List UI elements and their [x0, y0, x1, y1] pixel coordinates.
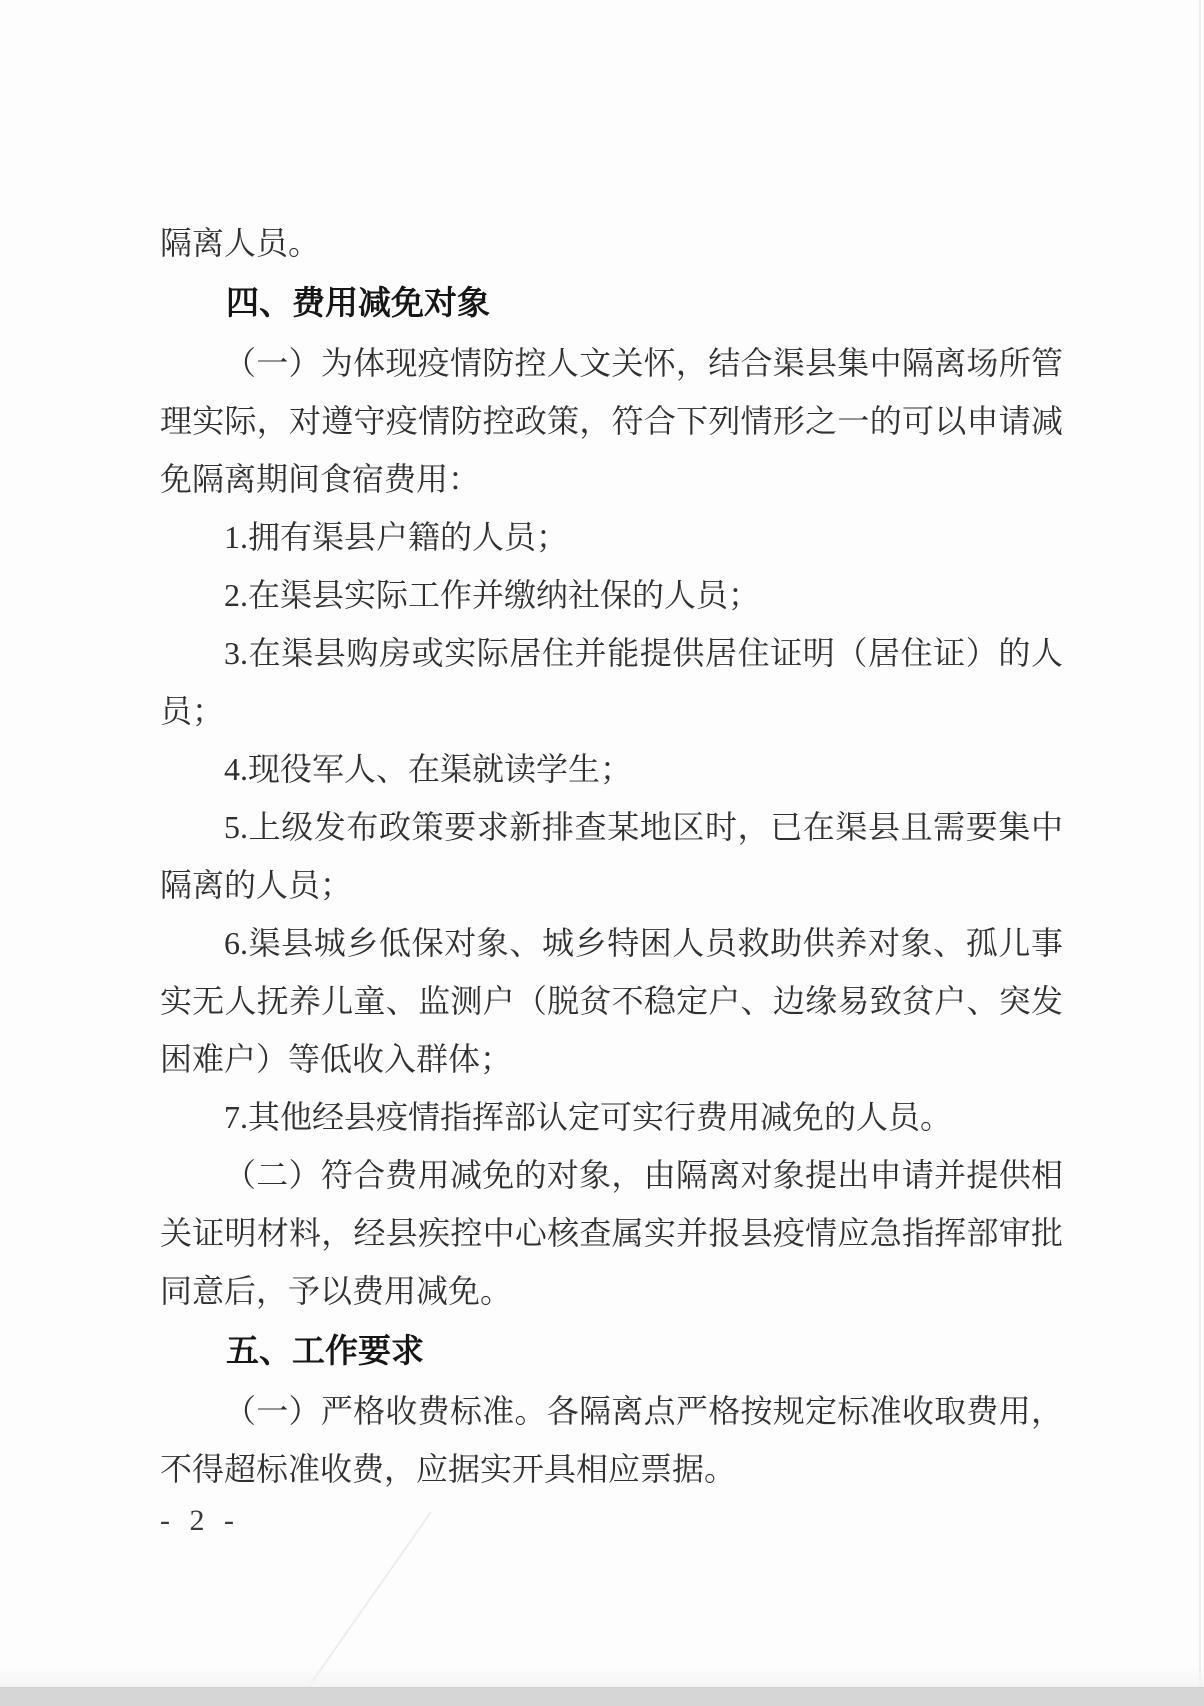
section-heading-fee-exemption-targets: 四、费用减免对象	[160, 274, 1063, 332]
document-body: 隔离人员。 四、费用减免对象 （一）为体现疫情防控人文关怀，结合渠县集中隔离场所…	[160, 214, 1063, 1544]
paragraph: （二）符合费用减免的对象，由隔离对象提出申请并提供相关证明材料，经县疾控中心核查…	[160, 1146, 1063, 1320]
page-number: - 2 -	[160, 1498, 1063, 1544]
list-item: 6.渠县城乡低保对象、城乡特困人员救助供养对象、孤儿事实无人抚养儿童、监测户（脱…	[160, 914, 1063, 1088]
paragraph: （一）为体现疫情防控人文关怀，结合渠县集中隔离场所管理实际，对遵守疫情防控政策，…	[160, 334, 1063, 508]
section-heading-work-requirements: 五、工作要求	[160, 1322, 1063, 1380]
document-page: 隔离人员。 四、费用减免对象 （一）为体现疫情防控人文关怀，结合渠县集中隔离场所…	[0, 0, 1204, 1706]
list-item: 1.拥有渠县户籍的人员；	[160, 508, 1063, 566]
paragraph-continuation: 隔离人员。	[160, 214, 1063, 272]
list-item: 7.其他经县疫情指挥部认定可实行费用减免的人员。	[160, 1088, 1063, 1146]
paragraph: （一）严格收费标准。各隔离点严格按规定标准收取费用，不得超标准收费，应据实开具相…	[160, 1382, 1063, 1498]
list-item: 3.在渠县购房或实际居住并能提供居住证明（居住证）的人员；	[160, 624, 1063, 740]
page-right-edge	[1199, 0, 1201, 1706]
list-item: 5.上级发布政策要求新排查某地区时，已在渠县且需要集中隔离的人员；	[160, 798, 1063, 914]
list-item: 2.在渠县实际工作并缴纳社保的人员；	[160, 566, 1063, 624]
list-item: 4.现役军人、在渠就读学生；	[160, 740, 1063, 798]
bottom-edge-fade	[0, 1666, 1204, 1688]
bottom-edge-bar	[0, 1687, 1204, 1706]
